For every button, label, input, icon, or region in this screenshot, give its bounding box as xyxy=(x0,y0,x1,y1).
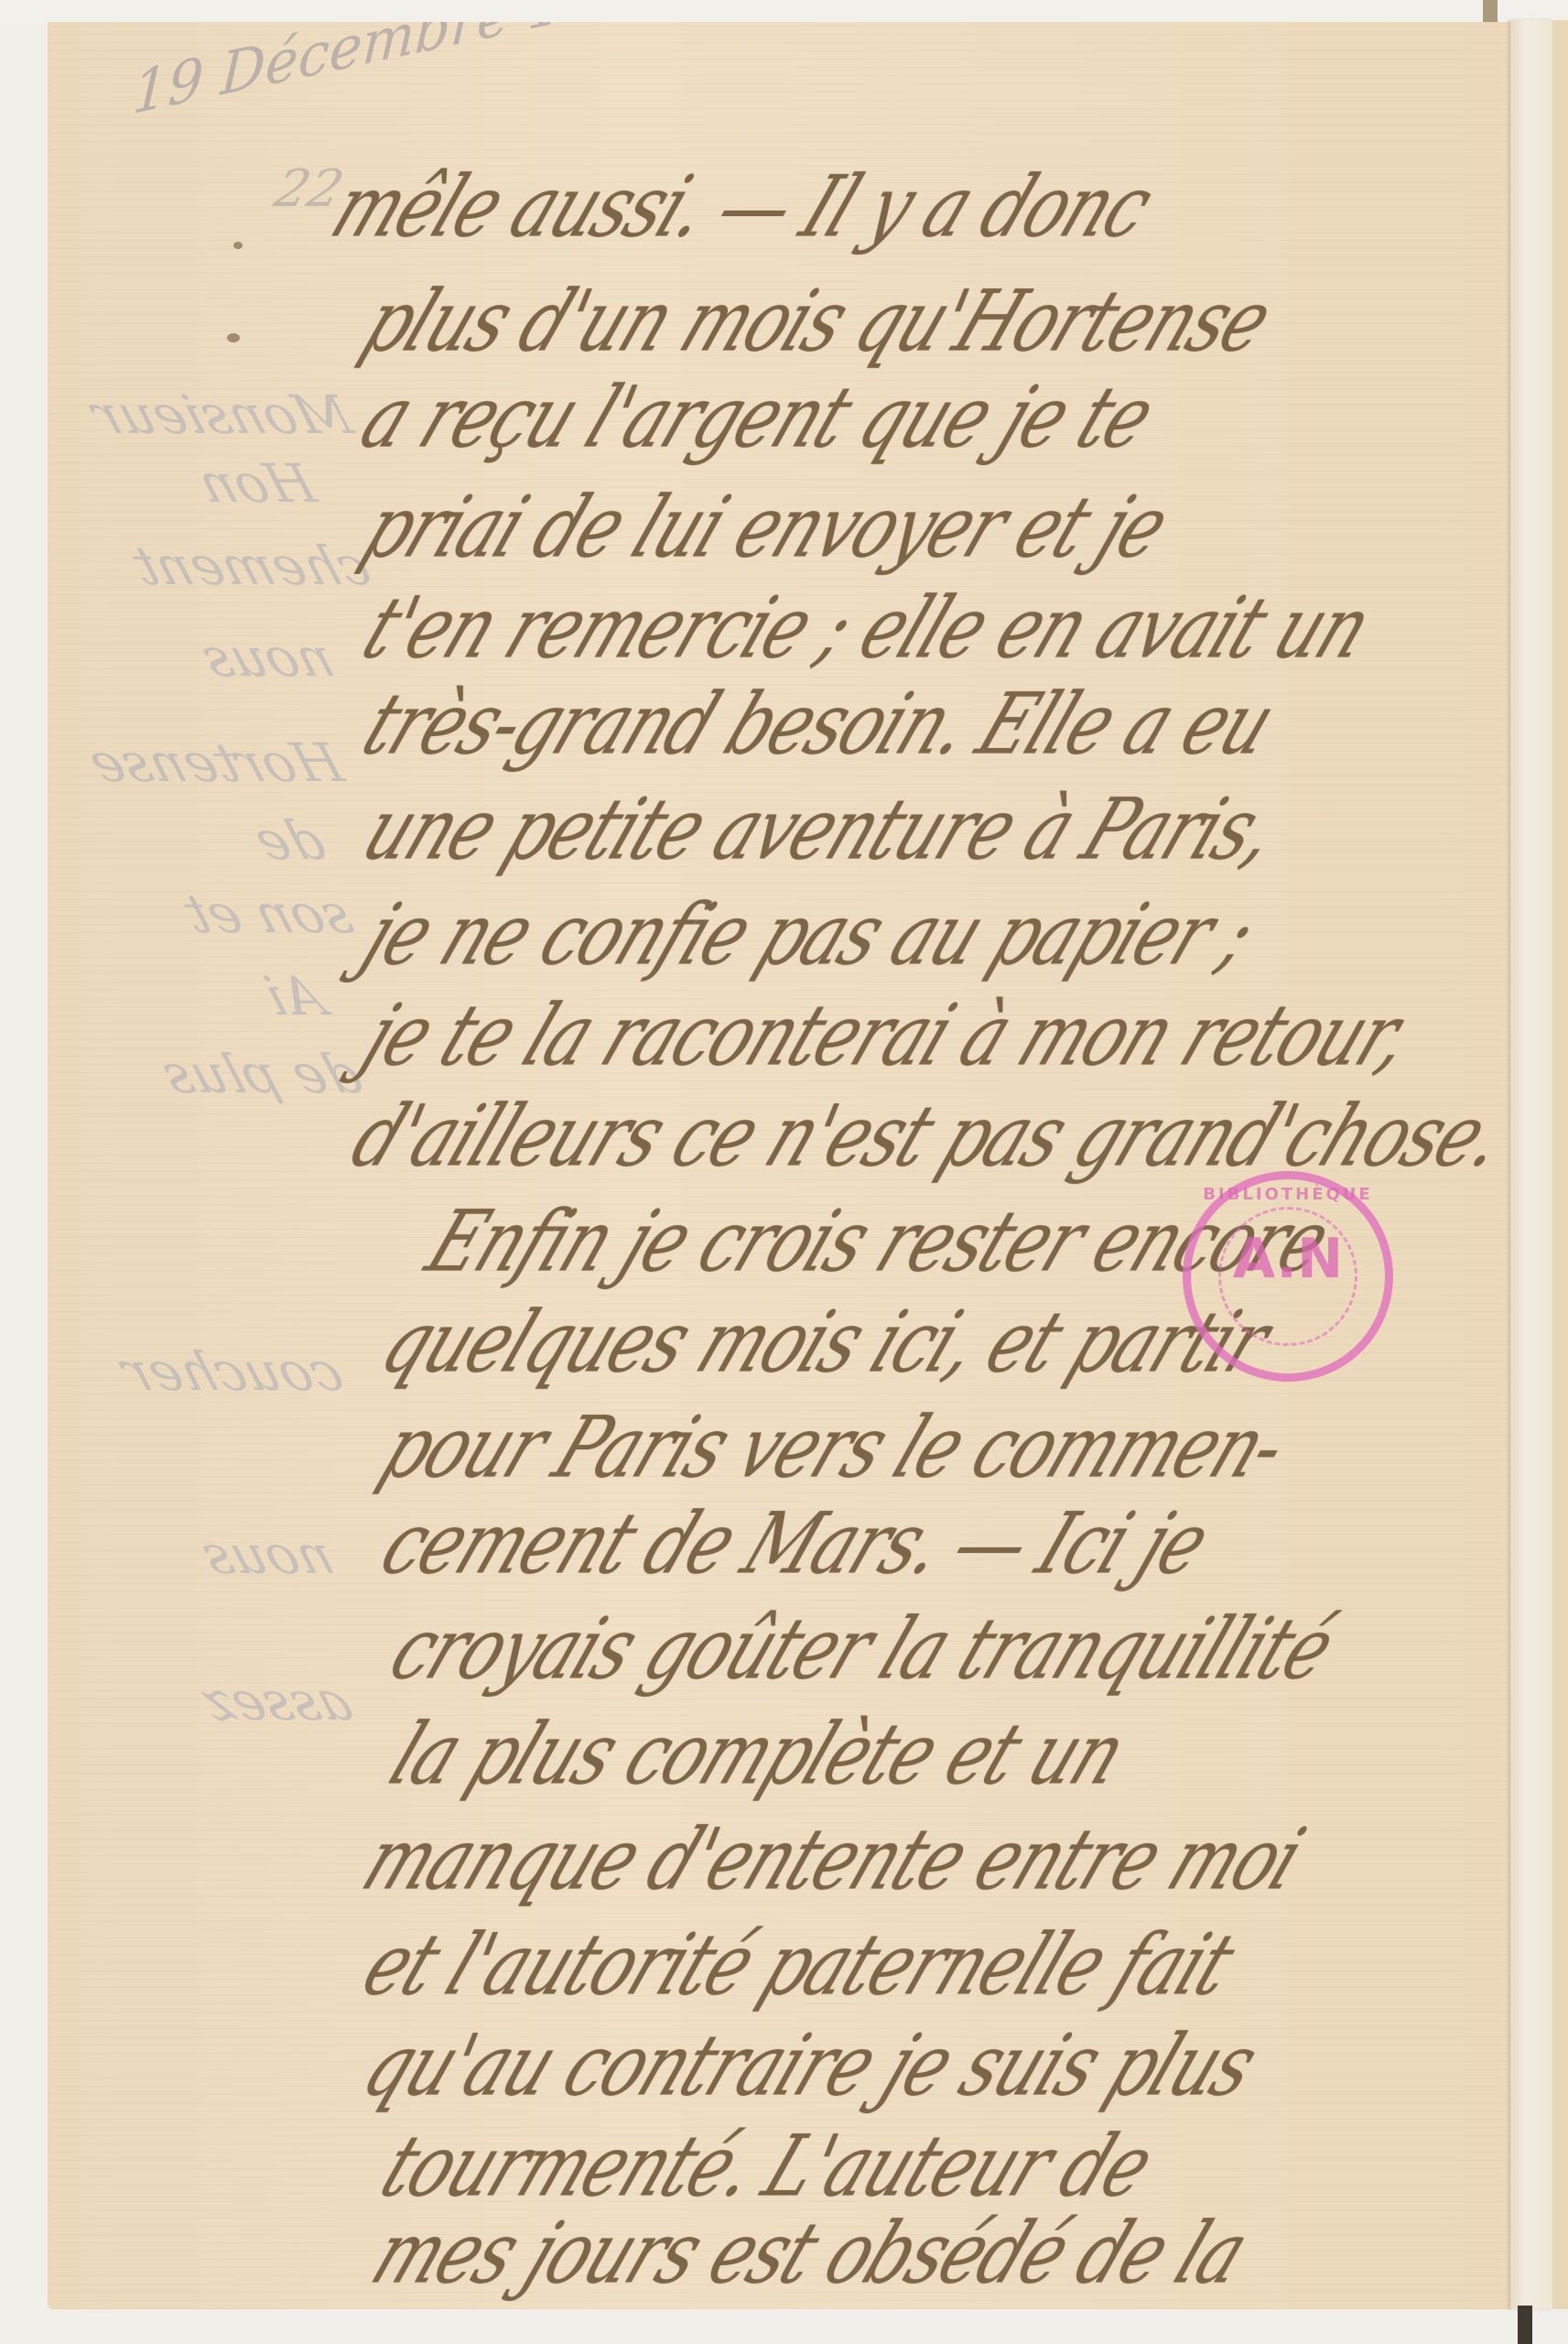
date-annotation: 19 Décembre 187 xyxy=(131,22,635,127)
manuscript-line: et l'autorité paternelle fait xyxy=(350,1916,1247,2015)
bleed-through-text: de xyxy=(246,809,332,872)
manuscript-line: plus d'un mois qu'Hortense xyxy=(350,273,1284,372)
ink-spot xyxy=(227,333,240,342)
library-stamp: BIBLIOTHÈQUE A.N xyxy=(1183,1171,1393,1382)
ink-spot xyxy=(233,242,243,249)
manuscript-line: mêle aussi. — Il y a donc xyxy=(319,158,1165,257)
bleed-through-text: Hon xyxy=(190,452,323,515)
manuscript-line: je ne confie pas au papier ; xyxy=(350,886,1268,985)
bleed-through-text: son et xyxy=(177,883,360,945)
manuscript-page: Monsieur Hon chement nous Hortense de so… xyxy=(48,22,1512,2309)
bleed-through-text: Monsieur xyxy=(84,384,360,446)
manuscript-line: mes jours est obsédé de la xyxy=(359,2205,1260,2304)
manuscript-line: une petite aventure à Paris, xyxy=(350,781,1291,880)
bleed-through-text: coucher xyxy=(114,1340,351,1403)
adjacent-page-edge xyxy=(1552,20,1568,2309)
manuscript-line: cement de Mars. — Ici je xyxy=(368,1495,1222,1594)
manuscript-line: manque d'entente entre moi xyxy=(350,1811,1315,1910)
manuscript-line: t'en remercie ; elle en avait un xyxy=(350,580,1384,678)
bleed-through-text: nous xyxy=(194,626,342,689)
manuscript-line: quelques mois ici, et partir xyxy=(368,1294,1282,1393)
binding-strip-top xyxy=(1483,0,1498,24)
binding-strip-bottom xyxy=(1518,2306,1532,2344)
manuscript-line: priai de lui envoyer et je xyxy=(350,479,1181,578)
scan-background-top xyxy=(0,0,1568,24)
bleed-through-text: Hortense xyxy=(81,732,351,794)
manuscript-line: qu'au contraire je suis plus xyxy=(350,2017,1270,2116)
manuscript-line: tourmenté. L'auteur de xyxy=(368,2118,1165,2217)
bleed-through-text: Ai xyxy=(257,965,333,1027)
manuscript-line: a reçu l'argent que je te xyxy=(348,369,1167,468)
bleed-through-text: assez xyxy=(194,1670,360,1732)
manuscript-line: très-grand besoin. Elle a eu xyxy=(350,676,1288,775)
manuscript-line: d'ailleurs ce n'est pas grand'chose. xyxy=(339,1088,1512,1187)
bleed-through-text: de plus xyxy=(154,1043,369,1105)
stamp-center-text: A.N xyxy=(1191,1227,1385,1291)
bleed-through-text: nous xyxy=(194,1524,342,1586)
page-fold-margin xyxy=(1510,20,1552,2309)
bleed-through-text: chement xyxy=(125,535,378,597)
manuscript-line: la plus complète et un xyxy=(377,1706,1138,1805)
manuscript-line: pour Paris vers le commen- xyxy=(368,1399,1299,1498)
stamp-ring-text: BIBLIOTHÈQUE xyxy=(1191,1185,1385,1204)
manuscript-line: croyais goûter la tranquillité xyxy=(377,1601,1346,1699)
manuscript-line: je te la raconterai à mon retour, xyxy=(350,987,1425,1086)
